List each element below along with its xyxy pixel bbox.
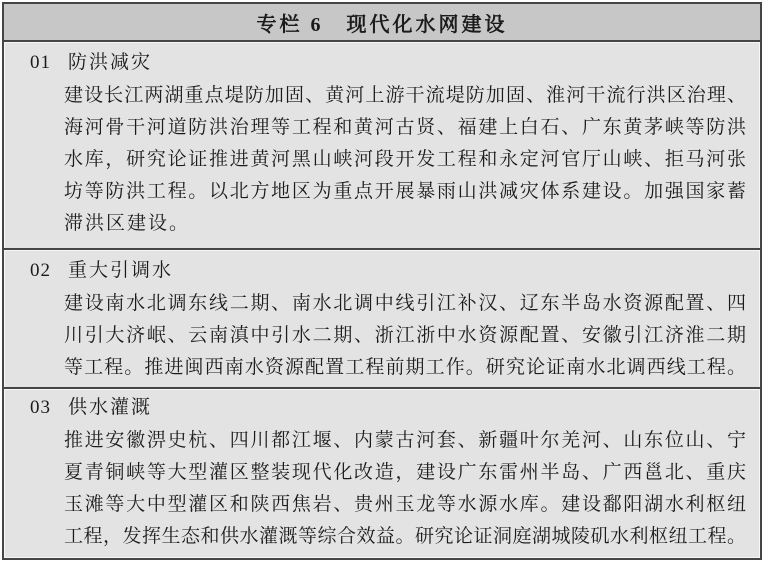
paragraph-line: 等工程。推进闽西南水资源配置工程前期工作。研究论证南水北调西线工程。 (64, 352, 746, 384)
section-heading-label: 防洪减灾 (68, 50, 152, 76)
paragraph-line: 玉滩等大中型灌区和陕西焦岩、贵州玉龙等水源水库。建设鄱阳湖水利枢纽 (64, 489, 746, 521)
box-title-bar: 专栏 6 现代化水网建设 (4, 4, 760, 42)
section-heading: 03 供水灌溉 (4, 395, 760, 421)
paragraph-line: 推进安徽淠史杭、四川都江堰、内蒙古河套、新疆叶尔羌河、山东位山、宁 (64, 425, 746, 457)
paragraph-line: 工程，发挥生态和供水灌溉等综合效益。研究论证洞庭湖城陵矶水利枢纽工程。 (64, 521, 746, 553)
callout-box: 专栏 6 现代化水网建设 01 防洪减灾 建设长江两湖重点堤防加固、黄河上游干流… (2, 2, 762, 560)
paragraph-line: 水库，研究论证推进黄河黑山峡河段开发工程和永定河官厅山峡、拒马河张 (64, 144, 746, 176)
paragraph-line: 夏青铜峡等大型灌区整装现代化改造，建设广东雷州半岛、广西邕北、重庆 (64, 457, 746, 489)
box-title: 专栏 6 现代化水网建设 (257, 8, 508, 37)
section-heading: 02 重大引调水 (4, 258, 760, 284)
paragraph-line: 建设长江两湖重点堤防加固、黄河上游干流堤防加固、淮河干流行洪区治理、 (64, 80, 746, 112)
paragraph-line: 海河骨干河道防洪治理等工程和黄河古贤、福建上白石、广东黄茅峡等防洪 (64, 112, 746, 144)
section-heading-label: 供水灌溉 (68, 395, 152, 421)
paragraph-line: 川引大济岷、云南滇中引水二期、浙江浙中水资源配置、安徽引江济淮二期 (64, 320, 746, 352)
section-number: 03 (30, 395, 54, 421)
section-paragraph: 推进安徽淠史杭、四川都江堰、内蒙古河套、新疆叶尔羌河、山东位山、宁 夏青铜峡等大… (64, 425, 746, 553)
section-number: 01 (30, 50, 54, 76)
section-water-supply-irrigation: 03 供水灌溉 推进安徽淠史杭、四川都江堰、内蒙古河套、新疆叶尔羌河、山东位山、… (4, 389, 760, 557)
section-paragraph: 建设长江两湖重点堤防加固、黄河上游干流堤防加固、淮河干流行洪区治理、 海河骨干河… (64, 80, 746, 240)
section-heading-label: 重大引调水 (68, 258, 173, 284)
section-flood-control: 01 防洪减灾 建设长江两湖重点堤防加固、黄河上游干流堤防加固、淮河干流行洪区治… (4, 42, 760, 248)
paragraph-line: 滞洪区建设。 (64, 208, 746, 240)
paragraph-line: 建设南水北调东线二期、南水北调中线引江补汉、辽东半岛水资源配置、四 (64, 288, 746, 320)
paragraph-line: 坊等防洪工程。以北方地区为重点开展暴雨山洪减灾体系建设。加强国家蓄 (64, 176, 746, 208)
section-number: 02 (30, 258, 54, 284)
section-paragraph: 建设南水北调东线二期、南水北调中线引江补汉、辽东半岛水资源配置、四 川引大济岷、… (64, 288, 746, 384)
section-heading: 01 防洪减灾 (4, 50, 760, 76)
section-water-diversion: 02 重大引调水 建设南水北调东线二期、南水北调中线引江补汉、辽东半岛水资源配置… (4, 250, 760, 387)
